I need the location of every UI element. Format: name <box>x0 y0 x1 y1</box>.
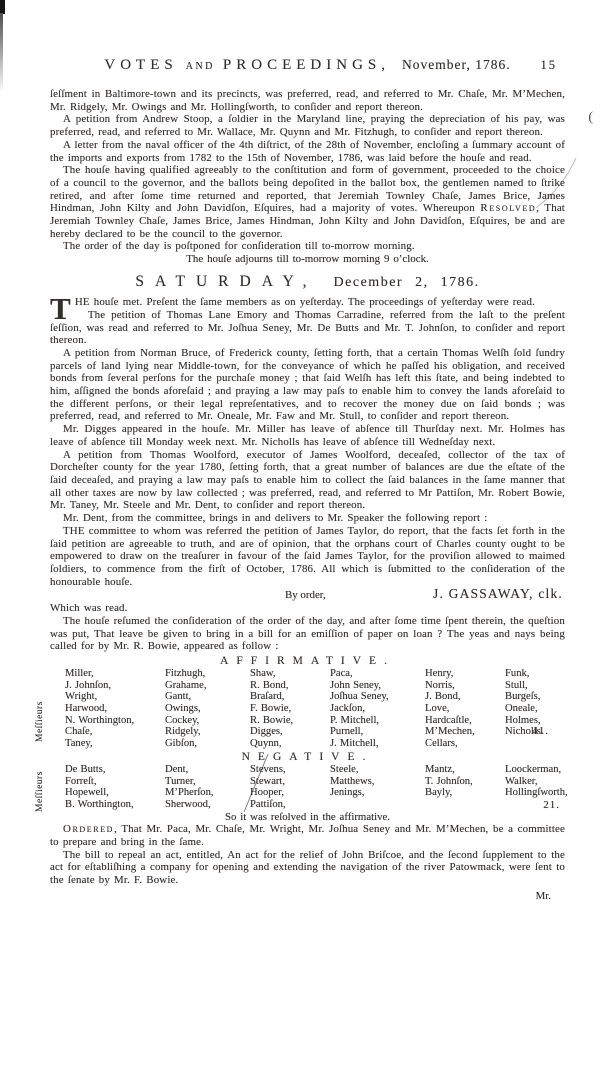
opening-paragraph-text: HE houſe met. Preſent the ſame members a… <box>75 296 535 308</box>
vote-column: Henry,Norris,J. Bond,Love,Hardcaſtle,M’M… <box>425 668 505 749</box>
vote-name: F. Bowie, <box>250 703 330 715</box>
vote-name: Gantt, <box>165 691 250 703</box>
vote-name: Matthews, <box>330 776 425 788</box>
running-head-date: November, 1786. <box>394 57 511 72</box>
running-head-proceedings: PROCEEDINGS, <box>223 57 390 73</box>
vote-name: Hopewell, <box>65 787 165 799</box>
vote-name: Fitzhugh, <box>165 668 250 680</box>
catchword: Mr. <box>50 890 551 903</box>
which-was-read-container: Which was read. <box>50 602 565 615</box>
vote-column: Fitzhugh,Grahame,Gantt,Owings,Cockey,Rid… <box>165 668 250 749</box>
vote-name: Jenings, <box>330 787 425 799</box>
day-heading-day: SATURDAY, <box>135 273 317 290</box>
friday-paragraphs: ſeſſment in Baltimore-town and its preci… <box>50 88 565 253</box>
day-heading-date: December 2, 1786. <box>322 275 480 290</box>
vote-column: De Butts,Forreſt,Hopewell,B. Worthington… <box>65 764 165 810</box>
negative-columns: De Butts,Forreſt,Hopewell,B. Worthington… <box>50 764 565 810</box>
affirmative-columns: Miller,J. Johnſon,Wright,Harwood,N. Wort… <box>50 668 565 749</box>
running-head: VOTES AND PROCEEDINGS, November, 1786. 1… <box>50 56 565 74</box>
vote-name: Purnell, <box>330 726 425 738</box>
vote-column: Shaw,R. Bond,Braſard,F. Bowie,R. Bowie,D… <box>250 668 330 749</box>
paragraph: ſeſſment in Baltimore-town and its preci… <box>50 88 565 113</box>
small-caps-word: Resolved <box>480 202 536 214</box>
paragraph: The order of the day is poſtponed for co… <box>50 240 565 253</box>
clerk-signature: J. GASSAWAY, clk. <box>433 587 563 600</box>
vote-name: Grahame, <box>165 680 250 692</box>
vote-name: Stevens, <box>250 764 330 776</box>
negative-heading: NEGATIVE. <box>50 751 565 763</box>
paragraph: A letter from the naval officer of the 4… <box>50 139 565 164</box>
by-order-label: By order, <box>285 589 326 602</box>
vote-name: Jackſon, <box>330 703 425 715</box>
vote-name: Steele, <box>330 764 425 776</box>
vote-name: Sherwood, <box>165 799 250 811</box>
vote-name: Harwood, <box>65 703 165 715</box>
opening-paragraph: T HE houſe met. Preſent the ſame members… <box>50 296 565 309</box>
vote-name: Funk, <box>505 668 565 680</box>
paragraph: A petition from Thomas Woolford, executo… <box>50 449 565 513</box>
vote-name: M’Pherſon, <box>165 787 250 799</box>
vote-name: Forreſt, <box>65 776 165 788</box>
vote-name: N. Worthington, <box>65 715 165 727</box>
paragraph: Mr. Dent, from the committee, brings in … <box>50 512 565 525</box>
vote-name: Dent, <box>165 764 250 776</box>
paragraph: A petition from Norman Bruce, of Frederi… <box>50 347 565 423</box>
paragraph: Mr. Digges appeared in the houſe. Mr. Mi… <box>50 423 565 448</box>
vote-name: Pattiſon, <box>250 799 330 811</box>
vote-column: Miller,J. Johnſon,Wright,Harwood,N. Wort… <box>65 668 165 749</box>
vote-name: Turner, <box>165 776 250 788</box>
vote-name: Stewart, <box>250 776 330 788</box>
vote-name: B. Worthington, <box>65 799 165 811</box>
messieurs-label-affirmative: Meſſieurs <box>35 680 45 742</box>
vote-name: Cockey, <box>165 715 250 727</box>
vote-name: Miller, <box>65 668 165 680</box>
resumed-paragraph-container: The houſe reſumed the conſideration of t… <box>50 615 565 653</box>
vote-name: Gibſon, <box>165 738 250 750</box>
document-page: ( VOTES AND PROCEEDINGS, November, 1786.… <box>0 0 600 1067</box>
vote-name: Taney, <box>65 738 165 750</box>
vote-name: Digges, <box>250 726 330 738</box>
vote-name: M’Mechen, <box>425 726 505 738</box>
saturday-paragraphs: The petition of Thomas Lane Emory and Th… <box>50 309 565 588</box>
vote-name: Love, <box>425 703 505 715</box>
vote-name: Braſard, <box>250 691 330 703</box>
vote-name: J. Bond, <box>425 691 505 703</box>
vote-name: Joſhua Seney, <box>330 691 425 703</box>
vote-column: Steele,Matthews,Jenings, <box>330 764 425 810</box>
drop-cap: T <box>50 296 75 321</box>
affirmative-heading: AFFIRMATIVE. <box>50 655 565 667</box>
vote-name: R. Bowie, <box>250 715 330 727</box>
vote-name: Loockerman, <box>505 764 565 776</box>
affirmative-total: 41. <box>532 725 549 737</box>
vote-name: Ridgely, <box>165 726 250 738</box>
running-head-votes: VOTES <box>104 57 177 73</box>
vote-name: De Butts, <box>65 764 165 776</box>
negative-table: Meſſieurs De Butts,Forreſt,Hopewell,B. W… <box>50 764 565 810</box>
vote-column: Dent,Turner,M’Pherſon,Sherwood, <box>165 764 250 810</box>
paragraph: The petition of Thomas Lane Emory and Th… <box>50 309 565 347</box>
closing-paragraphs: Ordered, That Mr. Paca, Mr. Chaſe, Mr. W… <box>50 823 565 887</box>
paragraph: A petition from Andrew Stoop, a ſoldier … <box>50 113 565 138</box>
vote-name: Cellars, <box>425 738 505 750</box>
vote-name: Chaſe, <box>65 726 165 738</box>
vote-name: P. Mitchell, <box>330 715 425 727</box>
vote-column: Paca,John Seney,Joſhua Seney,Jackſon,P. … <box>330 668 425 749</box>
vote-name: Mantz, <box>425 764 505 776</box>
paragraph: Ordered, That Mr. Paca, Mr. Chaſe, Mr. W… <box>50 823 565 848</box>
vote-name: Shaw, <box>250 668 330 680</box>
by-order-line: By order, J. GASSAWAY, clk. <box>50 589 565 602</box>
vote-name: Norris, <box>425 680 505 692</box>
vote-name: R. Bond, <box>250 680 330 692</box>
vote-name: Quynn, <box>250 738 330 750</box>
messieurs-label-negative: Meſſieurs <box>35 764 45 812</box>
adjourn-line: The houſe adjourns till to-morrow mornin… <box>50 253 565 266</box>
affirmative-table: Meſſieurs Miller,J. Johnſon,Wright,Harwo… <box>50 668 565 749</box>
vote-name: Hardcaſtle, <box>425 715 505 727</box>
vote-name: Hooper, <box>250 787 330 799</box>
vote-name: Wright, <box>65 691 165 703</box>
vote-name: Owings, <box>165 703 250 715</box>
vote-name: John Seney, <box>330 680 425 692</box>
day-heading: SATURDAY, December 2, 1786. <box>50 273 565 291</box>
paragraph: The bill to repeal an act, entitled, An … <box>50 849 565 887</box>
vote-name: Walker, <box>505 776 565 788</box>
negative-total: 21. <box>543 799 560 811</box>
vote-name: Burgeſs, <box>505 691 565 703</box>
vote-column: Mantz,T. Johnſon,Bayly, <box>425 764 505 810</box>
vote-name: Bayly, <box>425 787 505 799</box>
paragraph: Which was read. <box>50 602 565 615</box>
vote-name: J. Johnſon, <box>65 680 165 692</box>
vote-name: Stull, <box>505 680 565 692</box>
vote-name: Hollingſworth, <box>505 787 565 799</box>
vote-column: Stevens,Stewart,Hooper,Pattiſon, <box>250 764 330 810</box>
resolved-line: So it was reſolved in the affirmative. <box>50 811 565 824</box>
paragraph: The houſe having qualified agreeably to … <box>50 164 565 240</box>
paragraph: THE committee to whom was referred the p… <box>50 525 565 589</box>
vote-name: Henry, <box>425 668 505 680</box>
page-number: 15 <box>541 58 558 73</box>
small-caps-word: Ordered <box>63 823 114 835</box>
vote-name: Paca, <box>330 668 425 680</box>
vote-name: J. Mitchell, <box>330 738 425 750</box>
vote-name: Oneale, <box>505 703 565 715</box>
vote-name: T. Johnſon, <box>425 776 505 788</box>
running-head-and: AND <box>182 61 219 72</box>
page-content: VOTES AND PROCEEDINGS, November, 1786. 1… <box>0 0 600 903</box>
paragraph: The houſe reſumed the conſideration of t… <box>50 615 565 653</box>
